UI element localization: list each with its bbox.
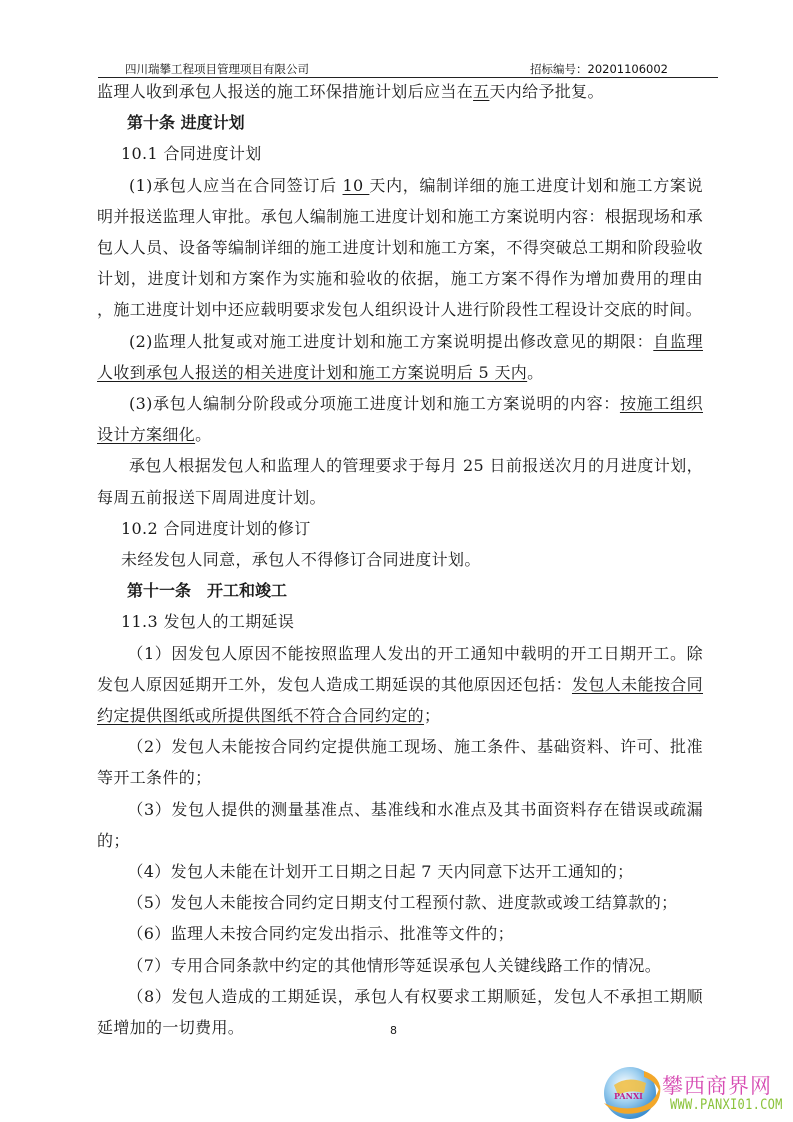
article-11-title: 第十一条 开工和竣工 [97,575,703,606]
text: 天内给予批复。 [489,82,603,101]
globe-icon: PANXI [600,1063,666,1122]
section-10-1: 10.1 合同进度计划 [97,138,703,169]
text: 监理人收到承包人报送的施工环保措施计划后应当在 [97,82,473,101]
watermark-url: WWW.PANXI01.COM [670,1097,783,1113]
text: 天内，编制详细的施工进度计划和施工方案说明并报送监理人审批。承包人编制施工进度计… [97,176,703,320]
text: 。 [195,425,211,444]
section-10-2: 10.2 合同进度计划的修订 [97,513,703,544]
paragraph-monthly-plan: 承包人根据发包人和监理人的管理要求于每月 25 日前报送次月的月进度计划，每周五… [97,450,703,512]
svg-text:PANXI: PANXI [614,1091,643,1101]
text: ； [424,706,440,725]
underlined-text: 10 [343,176,370,195]
paragraph-11-3-item1: （1）因发包人原因不能按照监理人发出的开工通知中载明的开工日期开工。除发包人原因… [97,638,703,732]
text: 。 [527,363,543,382]
paragraph-10-1-item2: (2)监理人批复或对施工进度计划和施工方案说明提出修改意见的期限：自监理人收到承… [97,326,703,388]
underlined-text: 五 [473,82,489,101]
text: (1)承包人应当在合同签订后 [129,176,343,195]
paragraph-11-3-item7: （7）专用合同条款中约定的其他情形等延误承包人关键线路工作的情况。 [97,950,703,981]
bid-number-label: 招标编号： [530,62,588,76]
watermark-site-name: 攀西商界网 [662,1070,772,1100]
paragraph-10-2: 未经发包人同意，承包人不得修订合同进度计划。 [97,544,703,575]
paragraph-11-3-item4: （4）发包人未能在计划开工日期之日起 7 天内同意下达开工通知的； [97,856,703,887]
paragraph-11-3-item3: （3）发包人提供的测量基准点、基准线和水准点及其书面资料存在错误或疏漏的； [97,794,703,856]
text: (3)承包人编制分阶段或分项施工进度计划和施工方案说明的内容： [129,394,620,413]
company-name: 四川瑞攀工程项目管理项目有限公司 [125,61,309,77]
article-10-title: 第十条 进度计划 [97,107,703,138]
paragraph-11-3-item5: （5）发包人未能按合同约定日期支付工程预付款、进度款或竣工结算款的； [97,887,703,918]
bid-number: 招标编号：20201106002 [530,61,668,77]
page-number: 8 [390,1024,397,1037]
paragraph-11-3-item2: （2）发包人未能按合同约定提供施工现场、施工条件、基础资料、许可、批准等开工条件… [97,731,703,793]
watermark-logo: PANXI 攀西商界网 WWW.PANXI01.COM [600,1063,793,1122]
text: (2)监理人批复或对施工进度计划和施工方案说明提出修改意见的期限： [129,332,653,351]
paragraph-11-3-item6: （6）监理人未按合同约定发出指示、批准等文件的； [97,918,703,949]
paragraph-intro: 监理人收到承包人报送的施工环保措施计划后应当在五天内给予批复。 [97,76,703,107]
paragraph-10-1-item3: (3)承包人编制分阶段或分项施工进度计划和施工方案说明的内容：按施工组织设计方案… [97,388,703,450]
document-body: 监理人收到承包人报送的施工环保措施计划后应当在五天内给予批复。 第十条 进度计划… [97,76,703,1043]
section-11-3: 11.3 发包人的工期延误 [97,606,703,637]
paragraph-11-3-item8: （8）发包人造成的工期延误，承包人有权要求工期顺延，发包人不承担工期顺延增加的一… [97,981,703,1043]
bid-number-value: 20201106002 [588,62,668,76]
paragraph-10-1-item1: (1)承包人应当在合同签订后 10 天内，编制详细的施工进度计划和施工方案说明并… [97,170,703,326]
